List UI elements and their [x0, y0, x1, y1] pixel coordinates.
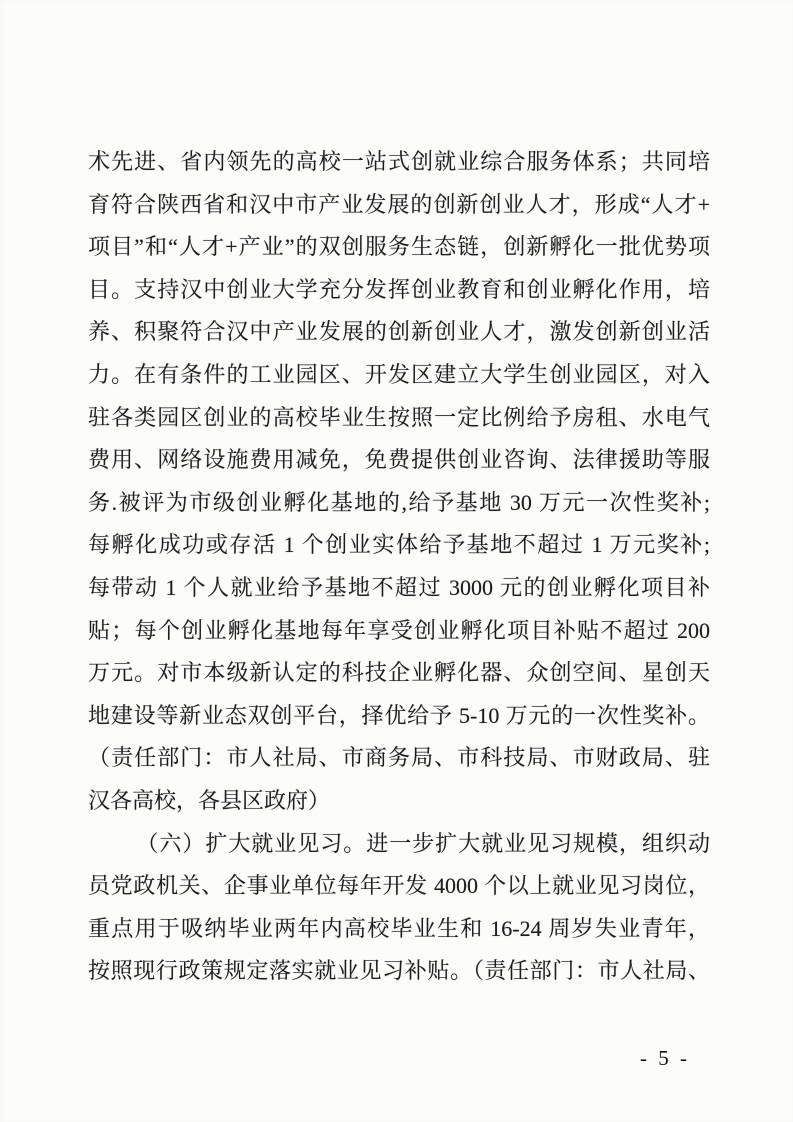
text-line: 每带动 1 个人就业给予基地不超过 3000 元的创业孵化项目补 [88, 567, 710, 610]
text-line: 按照现行政策规定落实就业见习补贴。（责任部门：市人社局、 [88, 950, 710, 993]
text-line: 万元。对市本级新认定的科技企业孵化器、众创空间、星创天 [88, 652, 710, 695]
text-line: 育符合陕西省和汉中市产业发展的创新创业人才，形成“人才+ [88, 184, 710, 227]
text-line-paragraph-end: 汉各高校，各县区政府） [88, 780, 710, 823]
document-page: 术先进、省内领先的高校一站式创就业综合服务体系；共同培 育符合陕西省和汉中市产业… [0, 0, 793, 1122]
text-line: 员党政机关、企事业单位每年开发 4000 个以上就业见习岗位， [88, 865, 710, 908]
text-line: 驻各类园区创业的高校毕业生按照一定比例给予房租、水电气 [88, 397, 710, 440]
text-line: 力。在有条件的工业园区、开发区建立大学生创业园区，对入 [88, 354, 710, 397]
text-line: 每孵化成功或存活 1 个创业实体给予基地不超过 1 万元奖补; [88, 524, 710, 567]
text-line: 贴；每个创业孵化基地每年享受创业孵化项目补贴不超过 200 [88, 610, 710, 653]
text-line: 务.被评为市级创业孵化基地的,给予基地 30 万元一次性奖补; [88, 482, 710, 525]
text-line: 地建设等新业态双创平台，择优给予 5-10 万元的一次性奖补。 [88, 695, 710, 738]
text-line: 目。支持汉中创业大学充分发挥创业教育和创业孵化作用，培 [88, 269, 710, 312]
page-number: - 5 - [610, 1046, 720, 1071]
text-line: 重点用于吸纳毕业两年内高校毕业生和 16-24 周岁失业青年， [88, 908, 710, 951]
text-line: 费用、网络设施费用减免，免费提供创业咨询、法律援助等服 [88, 439, 710, 482]
text-line: 术先进、省内领先的高校一站式创就业综合服务体系；共同培 [88, 141, 710, 184]
text-line-paragraph-start: （六）扩大就业见习。进一步扩大就业见习规模，组织动 [88, 823, 710, 866]
text-line: 项目”和“人才+产业”的双创服务生态链，创新孵化一批优势项 [88, 226, 710, 269]
text-line: 养、积聚符合汉中产业发展的创新创业人才，激发创新创业活 [88, 311, 710, 354]
text-line: （责任部门：市人社局、市商务局、市科技局、市财政局、驻 [88, 737, 710, 780]
document-body: 术先进、省内领先的高校一站式创就业综合服务体系；共同培 育符合陕西省和汉中市产业… [88, 141, 710, 993]
